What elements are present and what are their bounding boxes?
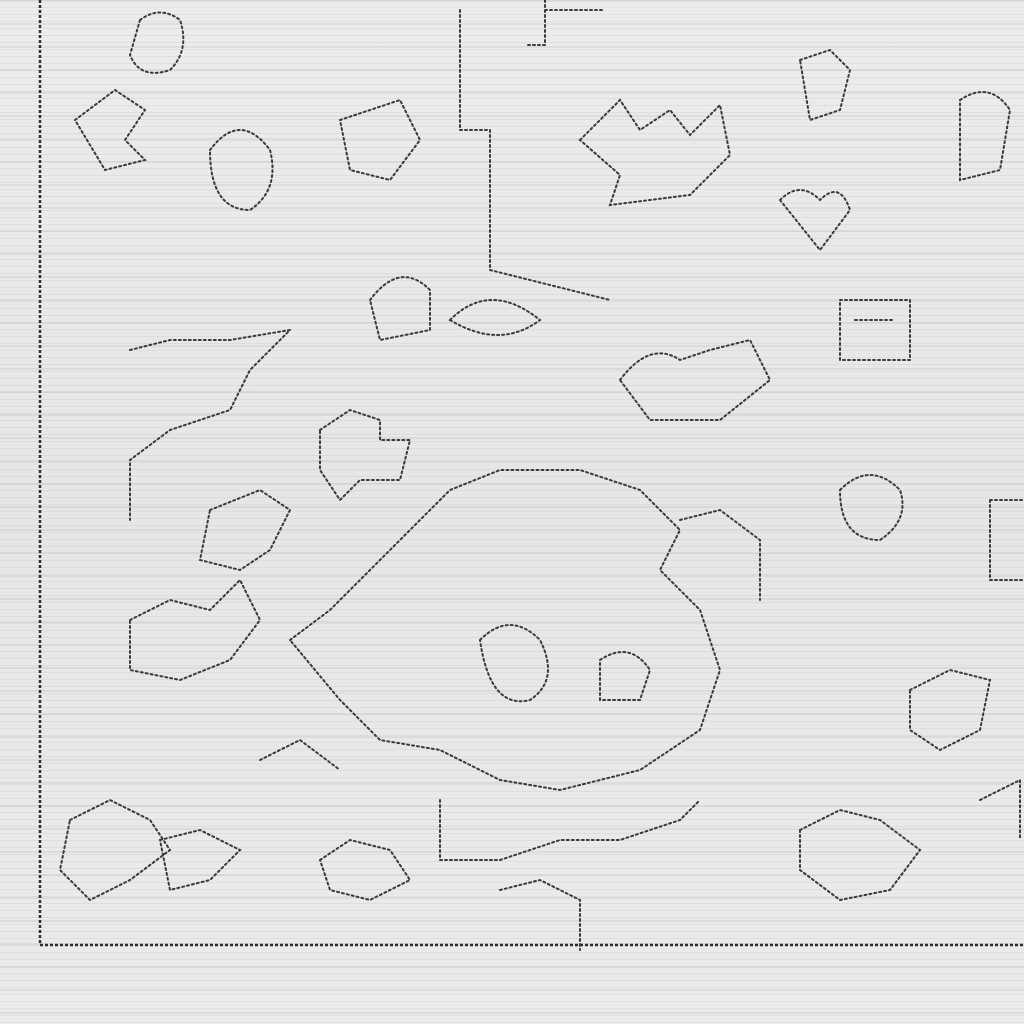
rug-motifs (60, 0, 1024, 950)
rug-border-line (40, 0, 1024, 945)
rug-pattern (0, 0, 1024, 1024)
